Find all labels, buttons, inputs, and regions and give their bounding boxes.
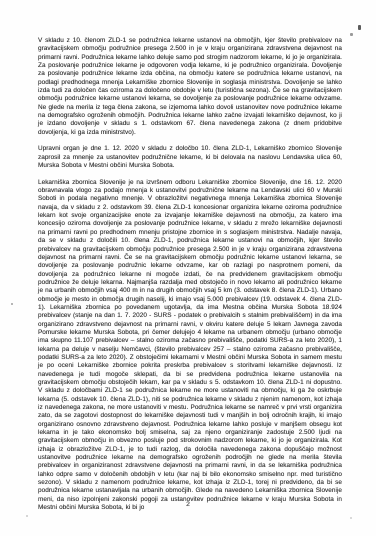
scan-artifact-speck [11,303,13,305]
scan-artifact-speck [358,25,361,30]
paragraph-chamber-negative-opinion: Lekarniška zbornica Slovenije je na izvr… [38,179,342,513]
scan-artifact-speck [350,517,352,519]
page-number: 2 [0,501,376,509]
paragraph-request-for-opinion: Upravni organ je dne 1. 12. 2020 v sklad… [38,145,342,170]
scanned-document-page: V skladu z 10. členom ZLD-1 se podružnic… [0,0,376,536]
scan-artifact-speck [350,33,353,36]
document-text: V skladu z 10. členom ZLD-1 se podružnic… [38,37,342,513]
scan-artifact-speck [26,515,28,517]
paragraph-zld-article-10: V skladu z 10. členom ZLD-1 se podružnic… [38,37,342,137]
